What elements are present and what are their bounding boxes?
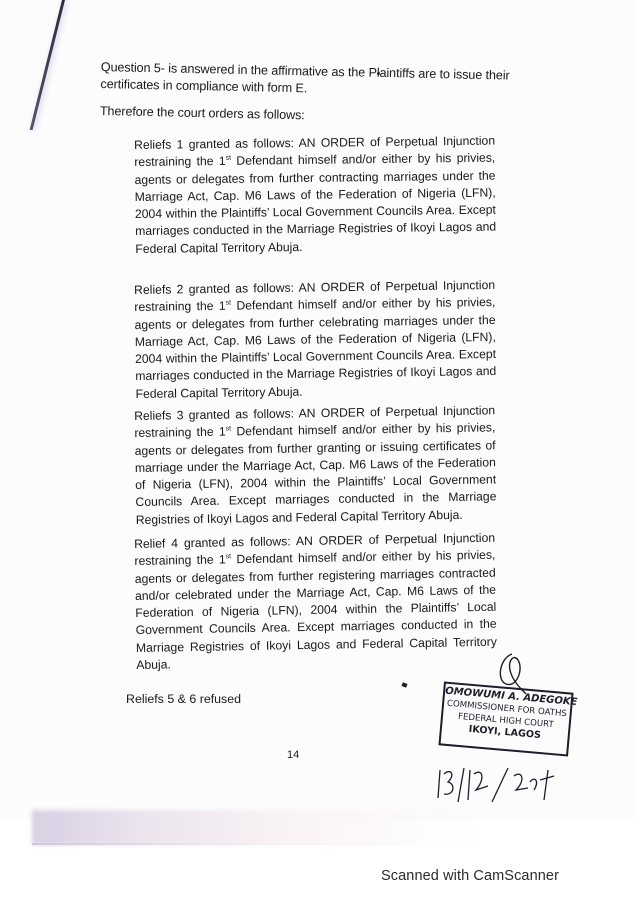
relief-3-paragraph: Reliefs 3 granted as follows: AN ORDER o…: [134, 402, 497, 529]
question-5-answer: Question 5- is answered in the affirmati…: [100, 59, 533, 103]
scanned-page: Question 5- is answered in the affirmati…: [0, 0, 635, 820]
reliefs-refused: Reliefs 5 & 6 refused: [126, 692, 241, 706]
orders-lead: Therefore the court orders as follows:: [100, 103, 532, 129]
relief-2-paragraph: Reliefs 2 granted as follows: AN ORDER o…: [134, 277, 497, 403]
handwritten-date-icon: [430, 762, 560, 812]
commissioner-stamp: OMOWUMI A. ADEGOKE COMMISSIONER FOR OATH…: [438, 681, 573, 756]
intro-block: Question 5- is answered in the affirmati…: [100, 59, 533, 129]
scan-shadow: [32, 810, 482, 845]
page-number: 14: [287, 749, 299, 761]
paper-fold-line: [30, 0, 65, 130]
camscanner-watermark: Scanned with CamScanner: [381, 868, 559, 884]
relief-4-paragraph: Relief 4 granted as follows: AN ORDER of…: [134, 530, 497, 675]
paper-bottom-edge: [32, 843, 472, 845]
relief-1-paragraph: Reliefs 1 granted as follows: AN ORDER o…: [134, 133, 496, 258]
ink-mark: [401, 682, 407, 687]
